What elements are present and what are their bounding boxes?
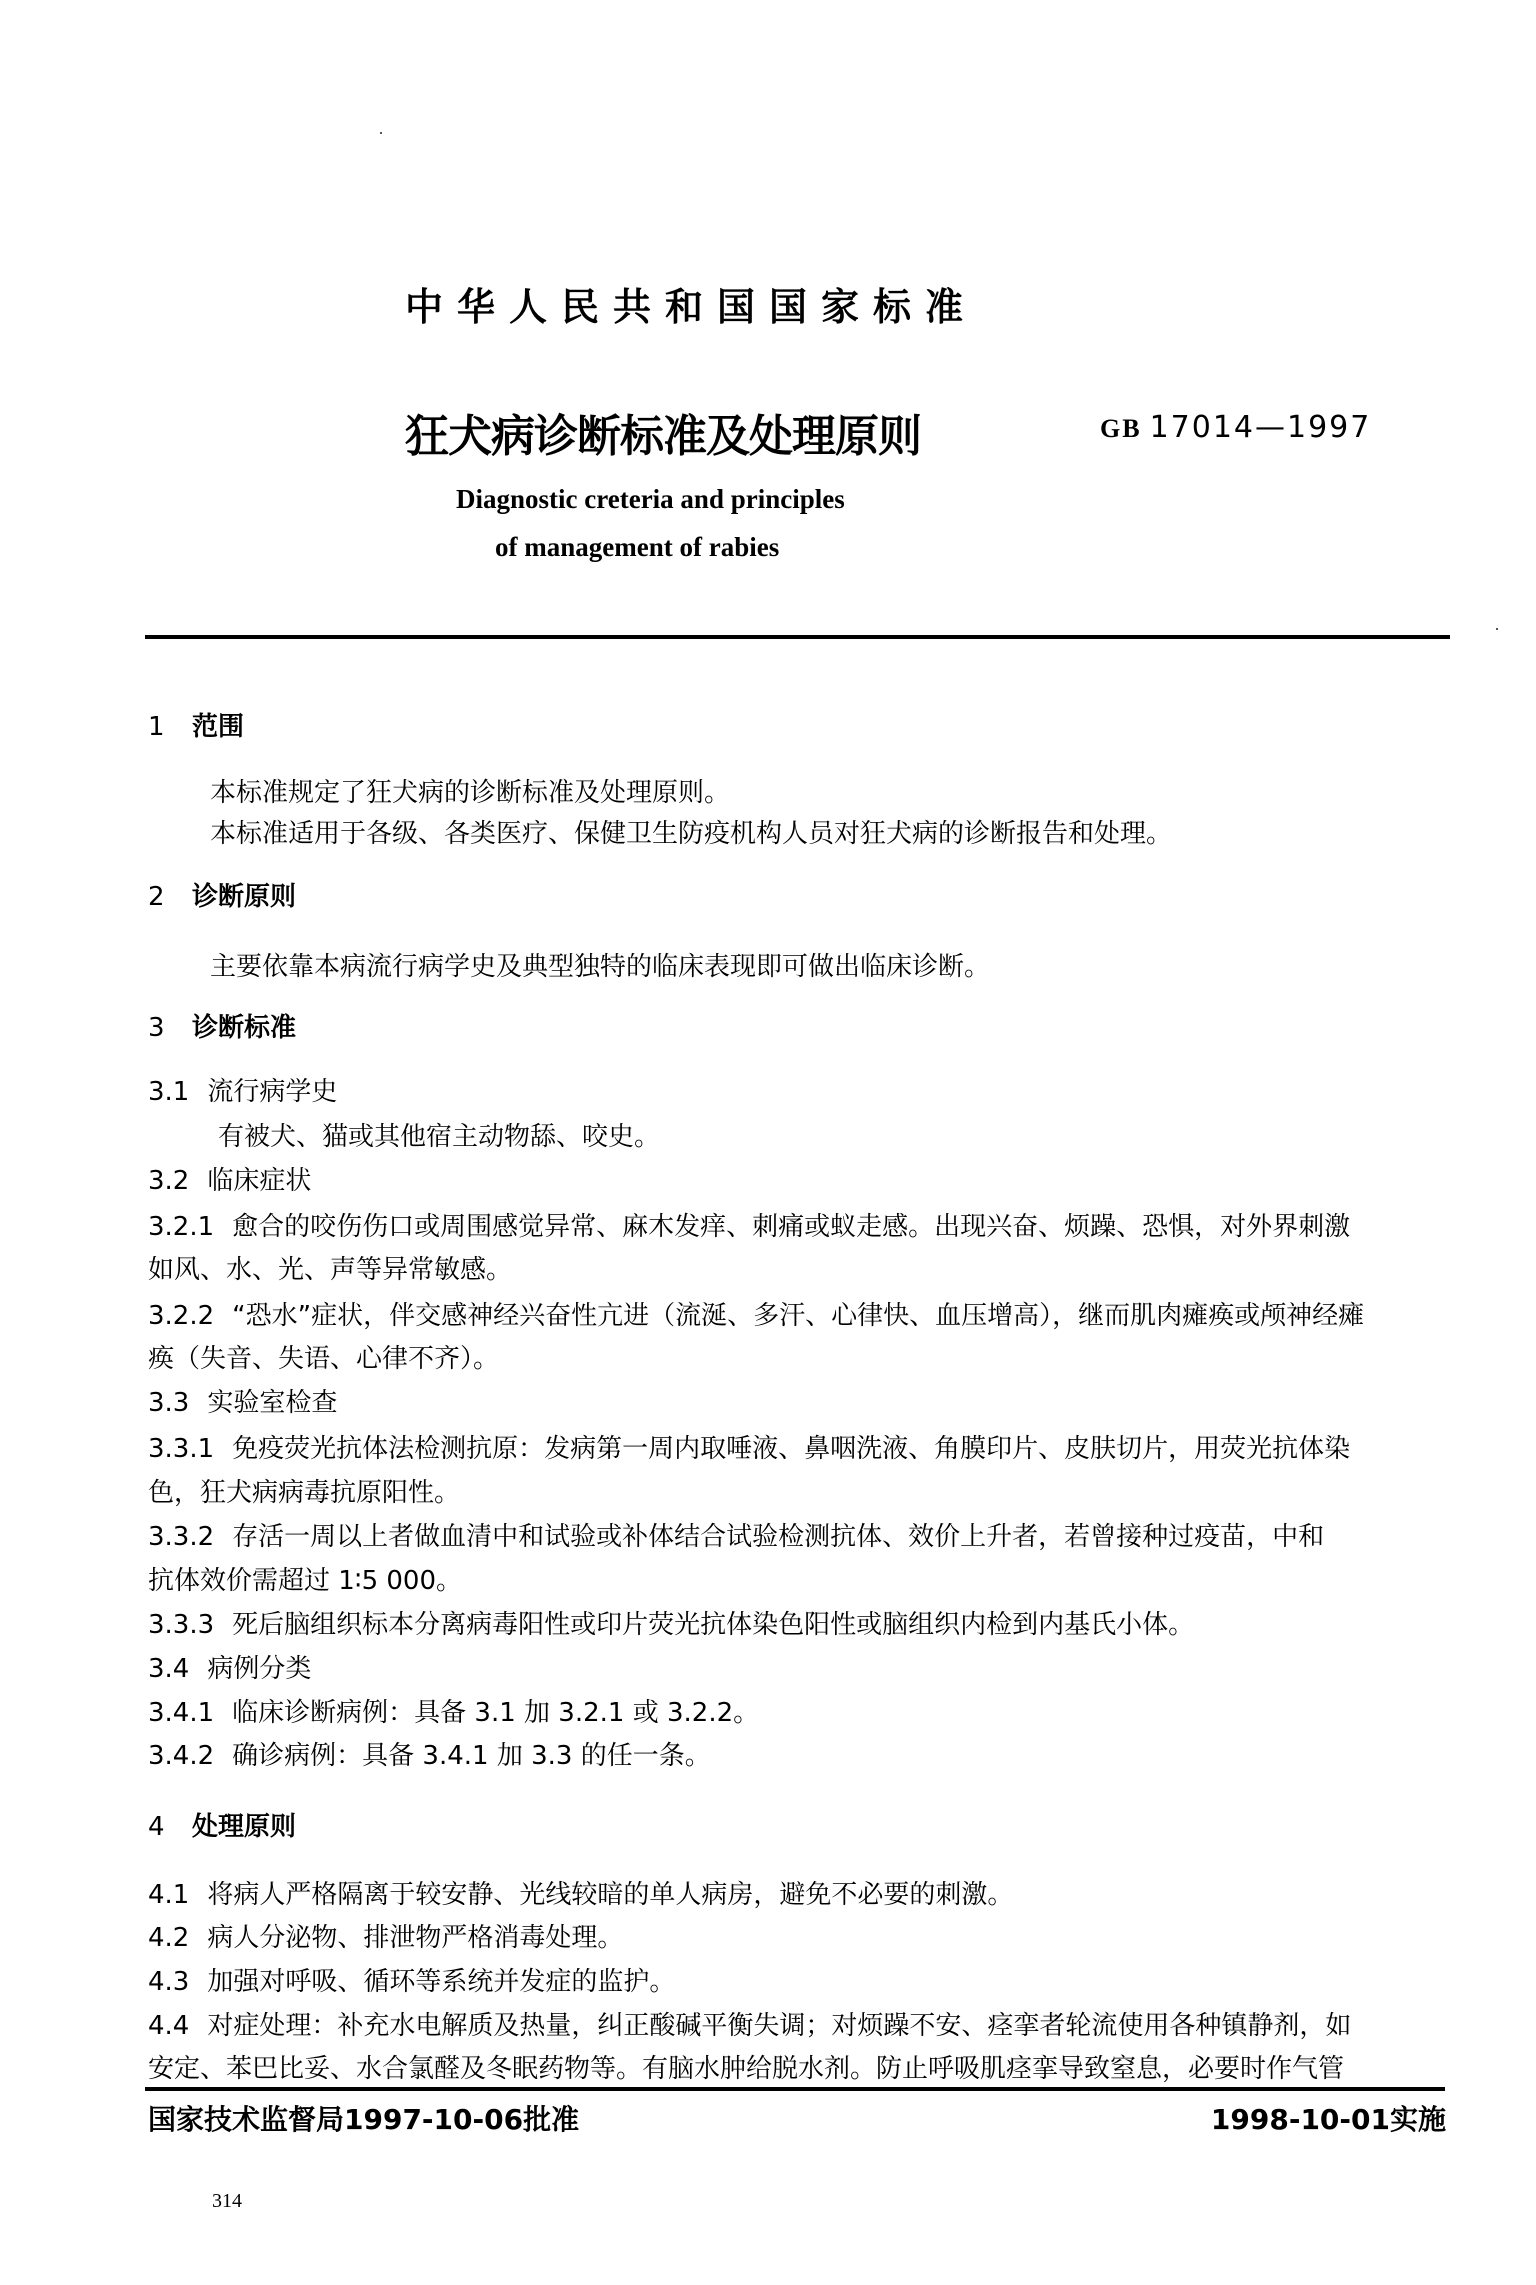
footer-divider bbox=[145, 2087, 1445, 2091]
english-title-line-2: of management of rabies bbox=[495, 532, 779, 563]
section-title: 诊断标准 bbox=[192, 1013, 296, 1043]
clause-continuation: 如风、水、光、声等异常敏感。 bbox=[148, 1249, 512, 1286]
code-number: 17014—1997 bbox=[1150, 410, 1372, 445]
clause-4-1: 4.1将病人严格隔离于较安静、光线较暗的单人病房，避免不必要的刺激。 bbox=[148, 1874, 1013, 1911]
section-title: 范围 bbox=[192, 712, 244, 742]
standard-code: GB17014—1997 bbox=[1100, 410, 1371, 445]
clause-3-3-1: 3.3.1免疫荧光抗体法检测抗原：发病第一周内取唾液、鼻咽洗液、角膜印片、皮肤切… bbox=[148, 1428, 1350, 1465]
clause-3-3-2: 3.3.2存活一周以上者做血清中和试验或补体结合试验检测抗体、效价上升者，若曾接… bbox=[148, 1516, 1324, 1553]
document-title: 狂犬病诊断标准及处理原则 bbox=[405, 400, 921, 464]
clause-3-2-2: 3.2.2“恐水”症状，伴交感神经兴奋性亢进（流涎、多汗、心律快、血压增高），继… bbox=[148, 1295, 1364, 1332]
clause-3-2-1: 3.2.1愈合的咬伤伤口或周围感觉异常、麻木发痒、刺痛或蚁走感。出现兴奋、烦躁、… bbox=[148, 1206, 1350, 1243]
clause-3-4-1: 3.4.1临床诊断病例：具备 3.1 加 3.2.1 或 3.2.2。 bbox=[148, 1692, 759, 1729]
scan-speck bbox=[380, 132, 382, 134]
clause-3-4-2: 3.4.2确诊病例：具备 3.4.1 加 3.3 的任一条。 bbox=[148, 1735, 711, 1772]
approval-statement: 国家技术监督局1997-10-06批准 bbox=[148, 2098, 579, 2138]
paragraph: 本标准规定了狂犬病的诊断标准及处理原则。 bbox=[210, 772, 730, 809]
english-title-line-1: Diagnostic creteria and principles bbox=[456, 484, 845, 515]
section-number: 3 bbox=[148, 1013, 192, 1043]
clause-3-3: 3.3实验室检查 bbox=[148, 1382, 337, 1419]
clause-4-2: 4.2病人分泌物、排泄物严格消毒处理。 bbox=[148, 1917, 623, 1954]
clause-3-3-3: 3.3.3死后脑组织标本分离病毒阳性或印片荧光抗体染色阳性或脑组织内检到内基氏小… bbox=[148, 1604, 1194, 1641]
clause-text: 有被犬、猫或其他宿主动物舔、咬史。 bbox=[218, 1116, 660, 1153]
section-number: 2 bbox=[148, 882, 192, 912]
code-prefix: GB bbox=[1100, 414, 1142, 443]
section-number: 1 bbox=[148, 712, 192, 742]
section-heading-management-principle: 4处理原则 bbox=[148, 1806, 296, 1843]
section-heading-diagnostic-criteria: 3诊断标准 bbox=[148, 1007, 296, 1044]
clause-3-1: 3.1流行病学史 bbox=[148, 1071, 337, 1108]
section-title: 处理原则 bbox=[192, 1812, 296, 1842]
clause-continuation: 色，狂犬病病毒抗原阳性。 bbox=[148, 1472, 460, 1509]
scan-speck bbox=[1496, 628, 1498, 630]
section-title: 诊断原则 bbox=[192, 882, 296, 912]
implementation-date: 1998-10-01实施 bbox=[1211, 2098, 1446, 2138]
paragraph: 主要依靠本病流行病学史及典型独特的临床表现即可做出临床诊断。 bbox=[210, 946, 990, 983]
page-number: 314 bbox=[212, 2190, 242, 2213]
section-heading-diagnostic-principle: 2诊断原则 bbox=[148, 876, 296, 913]
clause-continuation: 抗体效价需超过 1∶5 000。 bbox=[148, 1560, 462, 1597]
header-divider bbox=[145, 635, 1450, 639]
section-heading-scope: 1范围 bbox=[148, 706, 244, 743]
clause-continuation: 痪（失音、失语、心律不齐）。 bbox=[148, 1338, 499, 1375]
paragraph: 本标准适用于各级、各类医疗、保健卫生防疫机构人员对狂犬病的诊断报告和处理。 bbox=[210, 813, 1172, 850]
clause-4-4: 4.4对症处理：补充水电解质及热量，纠正酸碱平衡失调；对烦躁不安、痉挛者轮流使用… bbox=[148, 2005, 1351, 2042]
clause-3-2: 3.2临床症状 bbox=[148, 1160, 311, 1197]
clause-3-4: 3.4病例分类 bbox=[148, 1648, 311, 1685]
clause-4-3: 4.3加强对呼吸、循环等系统并发症的监护。 bbox=[148, 1961, 675, 1998]
clause-continuation: 安定、苯巴比妥、水合氯醛及冬眠药物等。有脑水肿给脱水剂。防止呼吸肌痉挛导致窒息，… bbox=[148, 2048, 1344, 2085]
section-number: 4 bbox=[148, 1812, 192, 1842]
standard-type-heading: 中华人民共和国国家标准 bbox=[405, 276, 977, 331]
